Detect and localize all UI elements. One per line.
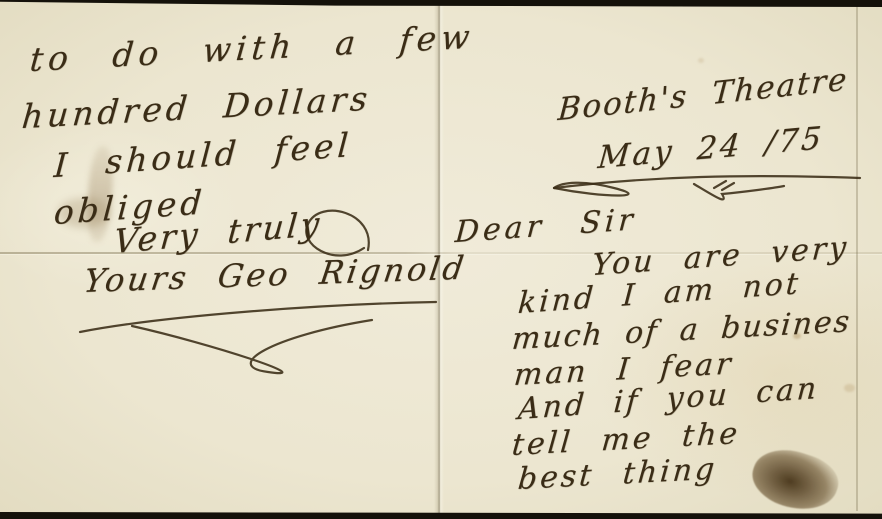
right-page: Booth's Theatre May 24 /75 Dear Sir You … (0, 0, 882, 519)
scanned-letter: to do with a few hundred Dollars I shoul… (0, 0, 882, 519)
place-line: Booth's Theatre (557, 61, 850, 128)
letter-paper: to do with a few hundred Dollars I shoul… (0, 0, 882, 519)
ink-blot (745, 440, 844, 519)
salutation-line: Dear Sir (454, 202, 638, 250)
